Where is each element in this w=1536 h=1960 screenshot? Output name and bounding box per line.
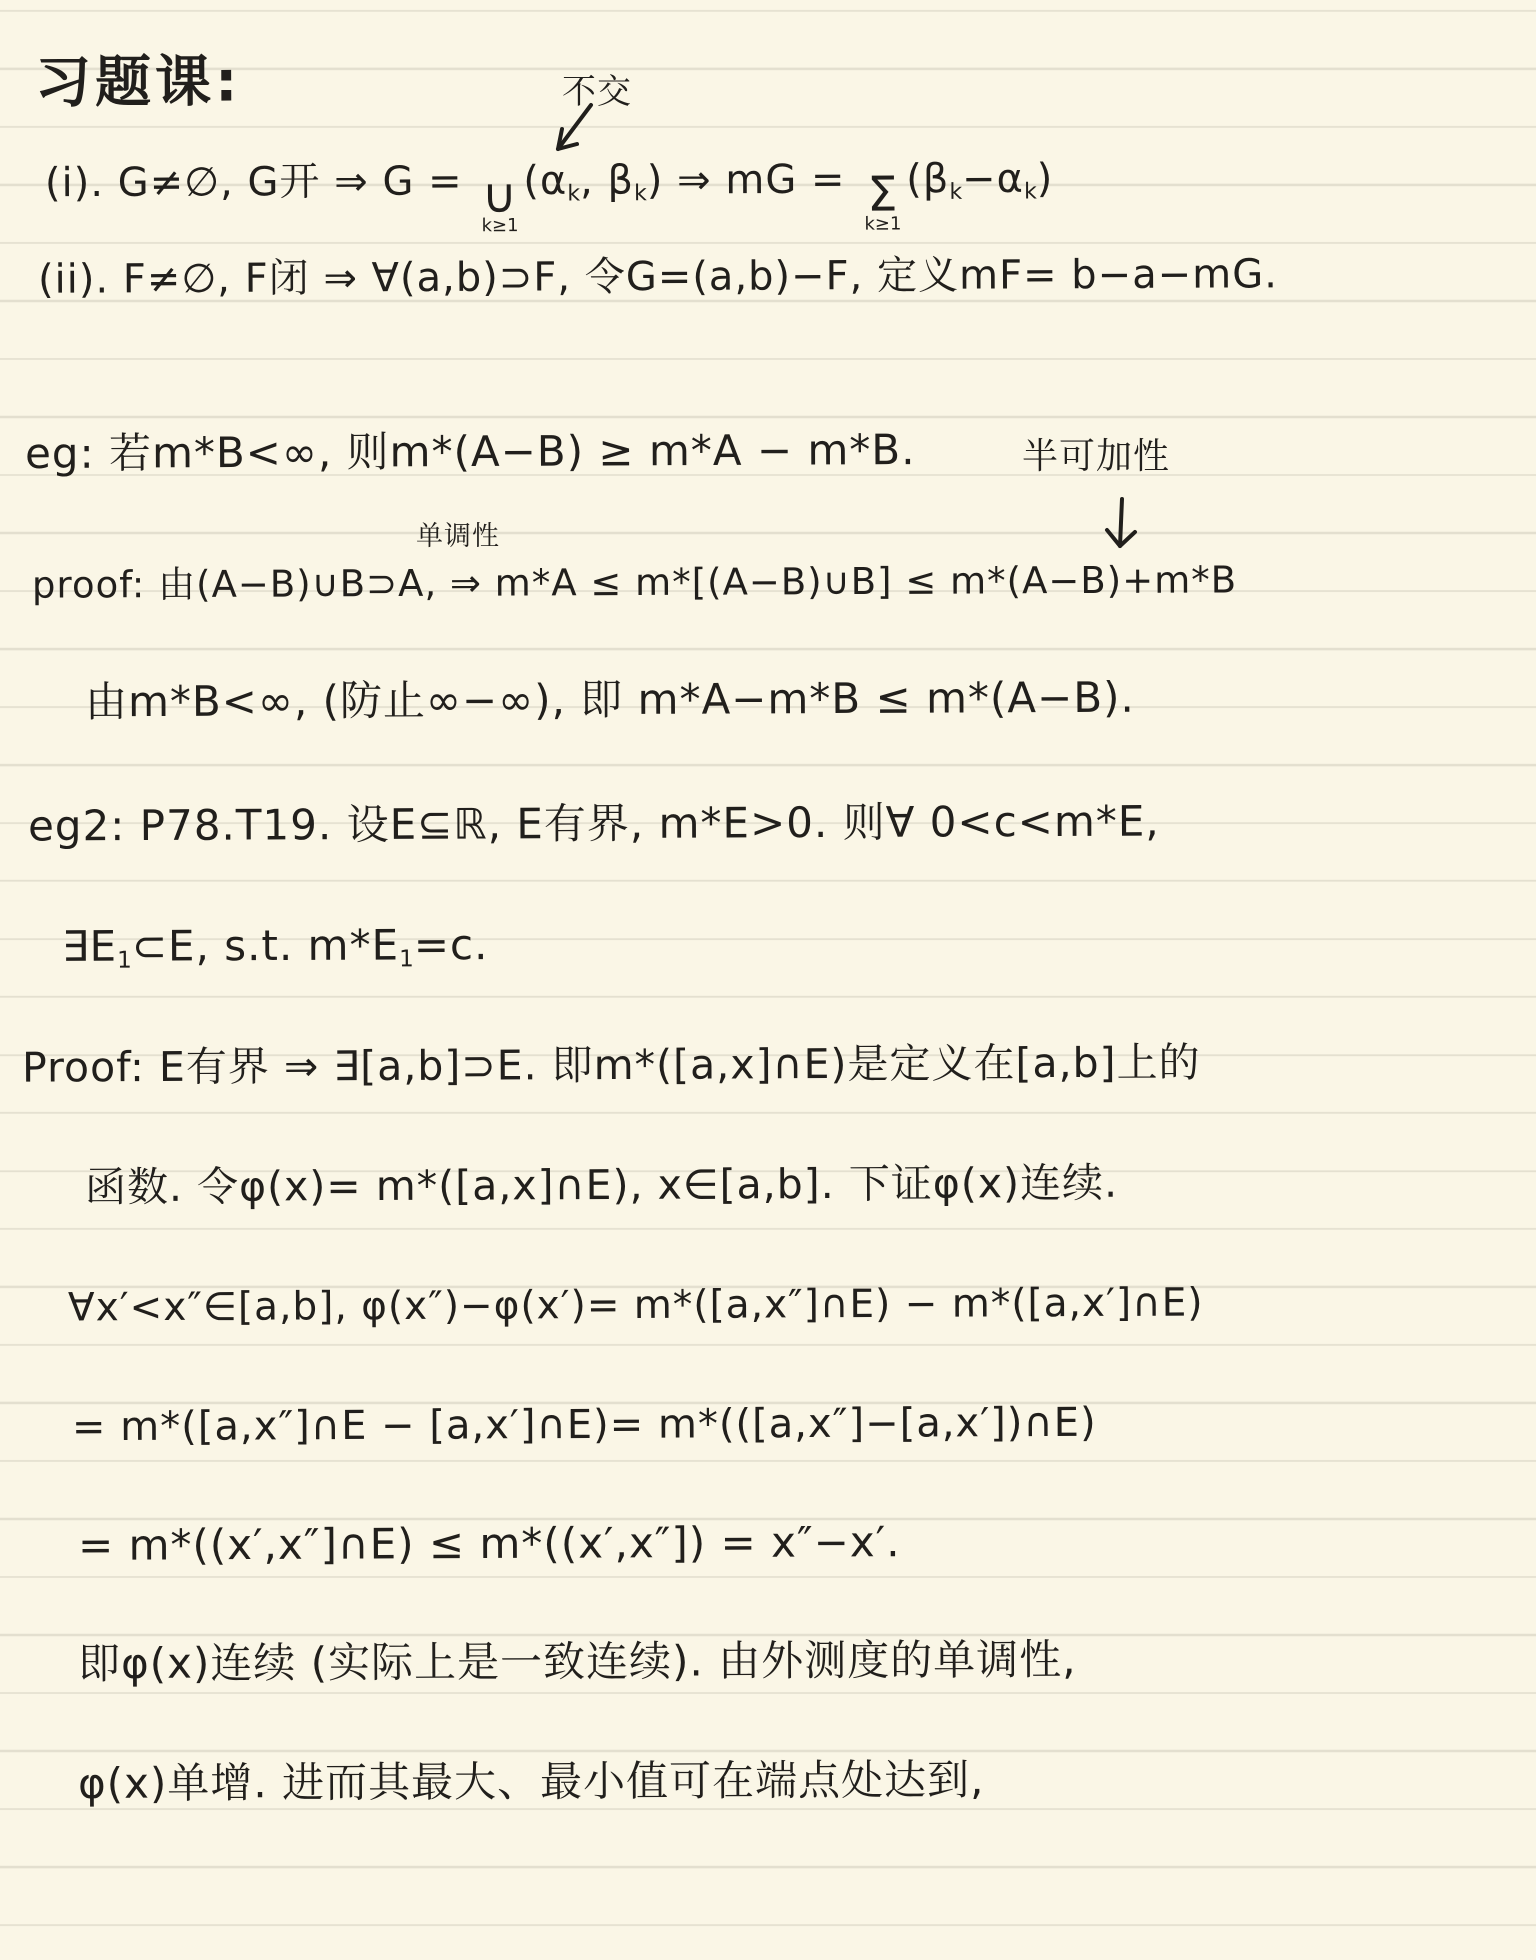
annotation-subadditivity: 半可加性: [1022, 428, 1170, 479]
note-line-ii: (ii). F≠∅, F闭 ⇒ ∀(a,b)⊃F, 令G=(a,b)−F, 定义…: [38, 249, 1278, 304]
note-line-proof1-1: proof: 由(A−B)∪B⊃A, ⇒ m*A ≤ m*[(A−B)∪B] ≤…: [32, 557, 1237, 609]
note-line-i-pre: (i). G≠∅, G开 ⇒ G =: [45, 158, 477, 206]
note-line-eg2-1: eg2: P78.T19. 设E⊆ℝ, E有界, m*E>0. 则∀ 0<c<m…: [28, 796, 1160, 853]
note-line-eg2-2: ∃E1⊂E, s.t. m*E1=c.: [62, 919, 489, 976]
arrow-down-left-icon: [545, 100, 597, 158]
sum-operator: Σk≥1: [864, 174, 901, 233]
note-line-proof2-6: 即φ(x)连续 (实际上是一致连续). 由外测度的单调性,: [78, 1634, 1077, 1691]
note-line-proof2-7: φ(x)单增. 进而其最大、最小值可在端点处达到,: [78, 1754, 985, 1810]
note-line-proof2-4: = m*([a,x″]∩E − [a,x′]∩E)= m*(([a,x″]−[a…: [72, 1398, 1097, 1452]
note-line-eg1: eg: 若m*B<∞, 则m*(A−B) ≥ m*A − m*B.: [25, 424, 916, 480]
note-line-proof2-5: = m*((x′,x″]∩E) ≤ m*((x′,x″]) = x″−x′.: [78, 1516, 901, 1572]
note-line-i: (i). G≠∅, G开 ⇒ G = ∪k≥1(αk, βk) ⇒ mG = Σ…: [45, 154, 1054, 237]
note-line-proof2-1: Proof: E有界 ⇒ ∃[a,b]⊃E. 即m*([a,x]∩E)是定义在[…: [22, 1037, 1201, 1093]
arrow-down-icon: [1100, 494, 1144, 556]
annotation-monotonicity: 单调性: [416, 514, 500, 553]
union-operator: ∪k≥1: [481, 176, 518, 235]
note-line-proof2-2: 函数. 令φ(x)= m*([a,x]∩E), x∈[a,b]. 下证φ(x)连…: [85, 1158, 1118, 1214]
note-line-proof1-2: 由m*B<∞, (防止∞−∞), 即 m*A−m*B ≤ m*(A−B).: [85, 672, 1135, 729]
page-title: 习题课:: [35, 48, 242, 119]
note-line-proof2-3: ∀x′<x″∈[a,b], φ(x″)−φ(x′)= m*([a,x″]∩E) …: [68, 1280, 1204, 1334]
